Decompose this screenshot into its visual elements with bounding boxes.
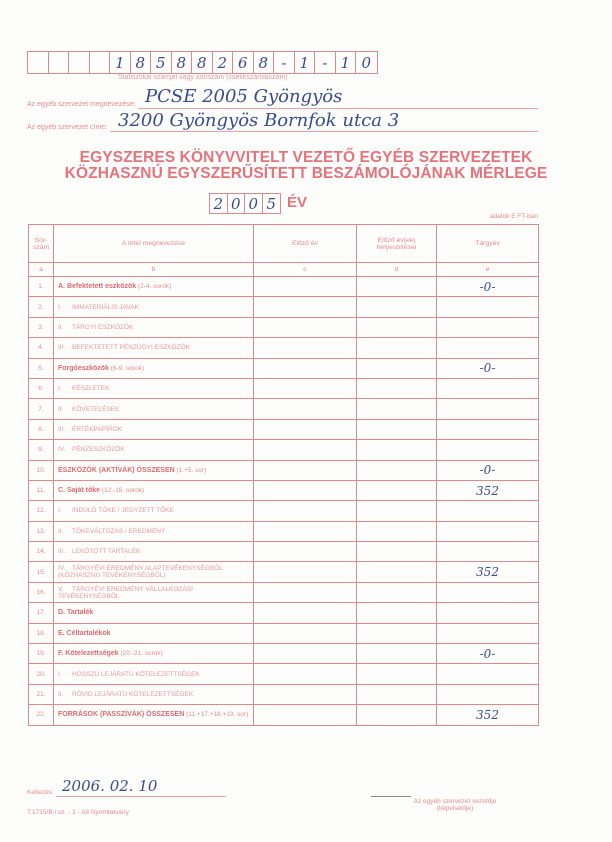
- table-row: 14.III.LEKÖTÖTT TARTALÉK: [29, 542, 539, 562]
- value-cell-d[interactable]: [357, 603, 437, 623]
- org-address-underline: [110, 131, 538, 132]
- row-prefix: V.: [58, 586, 72, 593]
- tax-id-digit[interactable]: 0: [356, 52, 377, 73]
- row-prefix: III.: [58, 426, 72, 433]
- row-label: II.TŐKEVÁLTOZÁS / EREDMÉNY: [54, 521, 254, 541]
- row-number: 7.: [29, 399, 54, 419]
- value-cell-e[interactable]: [437, 603, 539, 623]
- table-row: 2.I.IMMATERIÁLIS JAVAK: [29, 297, 539, 317]
- form-code: T.1715/B.r.sz. - 1 - A8 Nyomtatvány: [27, 809, 129, 816]
- row-label-text: KÖVETELÉSEK: [72, 406, 119, 413]
- row-label: F. Kötelezettségek (20.-21. sorok): [54, 644, 254, 664]
- row-prefix: I.: [58, 385, 72, 392]
- value-cell-e[interactable]: [437, 582, 539, 602]
- row-number: 20.: [29, 664, 54, 684]
- table-row: 6.I.KÉSZLETEK: [29, 378, 539, 398]
- value-cell-d[interactable]: [357, 644, 437, 664]
- row-number: 3.: [29, 317, 54, 337]
- row-label: E. Céltartalékok: [54, 623, 254, 643]
- value-cell-c[interactable]: [254, 440, 357, 460]
- header-prev-corrections: Előző év(ek) helyesbítései: [357, 225, 437, 263]
- value-cell-d[interactable]: [357, 480, 437, 500]
- value-cell-c[interactable]: [254, 399, 357, 419]
- value-cell-d[interactable]: [357, 338, 437, 358]
- value-cell-e[interactable]: [437, 338, 539, 358]
- table-row: 4.III.BEFEKTETETT PÉNZÜGYI ESZKÖZÖK: [29, 338, 539, 358]
- tax-id-digit[interactable]: [49, 52, 70, 73]
- tax-id-digit[interactable]: 5: [151, 52, 172, 73]
- table-row: 22.FORRÁSOK (PASSZÍVÁK) ÖSSZESEN (11.+17…: [29, 705, 539, 725]
- row-label: III.ÉRTÉKPAPÍROK: [54, 419, 254, 439]
- row-number: 6.: [29, 378, 54, 398]
- tax-id-digit[interactable]: [69, 52, 90, 73]
- tax-id-digit[interactable]: -: [315, 52, 336, 73]
- row-number: 2.: [29, 297, 54, 317]
- table-row: 19.F. Kötelezettségek (20.-21. sorok)-0-: [29, 644, 539, 664]
- header-row-no: Sor-szám: [29, 225, 54, 263]
- row-label-text: PÉNZESZKÖZÖK: [72, 446, 125, 453]
- signature-label-line2: (képviselője): [395, 805, 515, 812]
- org-name-label: Az egyéb szervezet megnevezése:: [27, 101, 136, 108]
- row-label-text: ÉRTÉKPAPÍROK: [72, 426, 122, 433]
- table-row: 20.I.HOSSZÚ LEJÁRATÚ KÖTELEZETTSÉGEK: [29, 664, 539, 684]
- value-cell-d[interactable]: [357, 684, 437, 704]
- value-cell-d[interactable]: [357, 521, 437, 541]
- value-cell-c[interactable]: [254, 358, 357, 378]
- table-header-row: Sor-szám A tétel megnevezése Előző év El…: [29, 225, 539, 263]
- value-cell-e[interactable]: -0-: [437, 358, 539, 378]
- row-prefix: I.: [58, 304, 72, 311]
- value-cell-d[interactable]: [357, 399, 437, 419]
- value-cell-e[interactable]: [437, 684, 539, 704]
- row-label: ESZKÖZÖK (AKTÍVÁK) ÖSSZESEN (1.+5. sor): [54, 460, 254, 480]
- row-number: 9.: [29, 440, 54, 460]
- value-cell-d[interactable]: [357, 440, 437, 460]
- value-cell-d[interactable]: [357, 705, 437, 725]
- row-number: 1.: [29, 277, 54, 297]
- value-cell-d[interactable]: [357, 582, 437, 602]
- date-field[interactable]: 2006. 02. 10: [62, 777, 157, 795]
- year-digit[interactable]: 0: [245, 194, 263, 213]
- row-number: 4.: [29, 338, 54, 358]
- row-label-text: INDULÓ TŐKE / JEGYZETT TŐKE: [72, 507, 174, 514]
- row-label: I.INDULÓ TŐKE / JEGYZETT TŐKE: [54, 501, 254, 521]
- row-prefix: II.: [58, 528, 72, 535]
- row-label: II.KÖVETELÉSEK: [54, 399, 254, 419]
- tax-id-digit[interactable]: [90, 52, 111, 73]
- row-number: 11.: [29, 480, 54, 500]
- row-label: II.TÁRGYI ESZKÖZÖK: [54, 317, 254, 337]
- table-row: 7.II.KÖVETELÉSEK: [29, 399, 539, 419]
- row-note: (6-9. sorok): [111, 365, 144, 372]
- row-label-text: TŐKEVÁLTOZÁS / EREDMÉNY: [72, 528, 165, 535]
- row-number: 13.: [29, 521, 54, 541]
- value-cell-c[interactable]: [254, 297, 357, 317]
- value-cell-c[interactable]: [254, 644, 357, 664]
- tax-id-boxes[interactable]: 18588268-1-10: [27, 51, 378, 74]
- value-cell-e[interactable]: 352: [437, 705, 539, 725]
- value-cell-d[interactable]: [357, 297, 437, 317]
- org-address-label: Az egyéb szervezet címe:: [27, 124, 107, 131]
- tax-id-digit[interactable]: 8: [192, 52, 213, 73]
- value-cell-e[interactable]: 352: [437, 562, 539, 582]
- row-number: 15.: [29, 562, 54, 582]
- row-label: I.HOSSZÚ LEJÁRATÚ KÖTELEZETTSÉGEK: [54, 664, 254, 684]
- org-name-underline: [138, 108, 538, 109]
- year-boxes[interactable]: 2005: [209, 193, 281, 214]
- table-row: 5.Forgóeszközök (6-9. sorok)-0-: [29, 358, 539, 378]
- row-label: I.IMMATERIÁLIS JAVAK: [54, 297, 254, 317]
- row-label-text: E. Céltartalékok: [58, 630, 111, 637]
- value-cell-d[interactable]: [357, 277, 437, 297]
- row-label-text: TÁRGYÉVI EREDMÉNY VÁLLALKOZÁSI TEVÉKENYS…: [58, 586, 193, 600]
- value-cell-c[interactable]: [254, 603, 357, 623]
- value-cell-e[interactable]: [437, 378, 539, 398]
- letter-e: e: [437, 263, 539, 277]
- row-note: (12.-16. sorok): [102, 487, 144, 494]
- header-item: A tétel megnevezése: [54, 225, 254, 263]
- tax-id-digit[interactable]: 6: [233, 52, 254, 73]
- tax-id-digit[interactable]: 8: [131, 52, 152, 73]
- table-row: 8.III.ÉRTÉKPAPÍROK: [29, 419, 539, 439]
- table-row: 13.II.TŐKEVÁLTOZÁS / EREDMÉNY: [29, 521, 539, 541]
- letter-a: a: [29, 263, 54, 277]
- row-label: I.KÉSZLETEK: [54, 378, 254, 398]
- row-label-text: F. Kötelezettségek: [58, 650, 119, 657]
- value-cell-e[interactable]: [437, 317, 539, 337]
- value-cell-c[interactable]: [254, 277, 357, 297]
- tax-id-digit[interactable]: 1: [110, 52, 131, 73]
- org-name-field[interactable]: PCSE 2005 Gyöngyös: [145, 86, 342, 107]
- value-cell-d[interactable]: [357, 378, 437, 398]
- value-cell-d[interactable]: [357, 664, 437, 684]
- row-label-text: KÉSZLETEK: [72, 385, 110, 392]
- value-cell-c[interactable]: [254, 664, 357, 684]
- row-label: III.LEKÖTÖTT TARTALÉK: [54, 542, 254, 562]
- date-underline: [56, 796, 226, 797]
- table-row: 21.II.RÖVID LEJÁRATÚ KÖTELEZETTSÉGEK: [29, 684, 539, 704]
- signature-line: [371, 796, 411, 797]
- form-title-line2: KÖZHASZNÚ EGYSZERŰSÍTETT BESZÁMOLÓJÁNAK …: [0, 166, 612, 182]
- tax-id-digit[interactable]: 1: [336, 52, 357, 73]
- row-number: 22.: [29, 705, 54, 725]
- year-digit[interactable]: 2: [210, 194, 228, 213]
- row-label: Forgóeszközök (6-9. sorok): [54, 358, 254, 378]
- value-cell-d[interactable]: [357, 317, 437, 337]
- value-cell-c[interactable]: [254, 419, 357, 439]
- row-note: (2-4. sorok): [138, 283, 171, 290]
- date-label: Keltezés:: [27, 789, 54, 796]
- value-cell-e[interactable]: 352: [437, 480, 539, 500]
- letter-c: c: [254, 263, 357, 277]
- header-prev-year: Előző év: [254, 225, 357, 263]
- row-number: 12.: [29, 501, 54, 521]
- value-cell-d[interactable]: [357, 460, 437, 480]
- row-label-text: A. Befektetett eszközök: [58, 283, 136, 290]
- tax-id-caption: Statisztikai számjel vagy adószám (csekk…: [118, 74, 288, 81]
- value-cell-c[interactable]: [254, 562, 357, 582]
- value-cell-c[interactable]: [254, 501, 357, 521]
- row-prefix: I.: [58, 671, 72, 678]
- table-row: 15.IV.TÁRGYÉVI EREDMÉNY ALAPTEVÉKENYSÉGB…: [29, 562, 539, 582]
- row-number: 17.: [29, 603, 54, 623]
- value-cell-c[interactable]: [254, 542, 357, 562]
- row-label: C. Saját tőke (12.-16. sorok): [54, 480, 254, 500]
- table-row: 16.V.TÁRGYÉVI EREDMÉNY VÁLLALKOZÁSI TEVÉ…: [29, 582, 539, 602]
- tax-id-digit[interactable]: 8: [172, 52, 193, 73]
- value-cell-c[interactable]: [254, 338, 357, 358]
- value-cell-e[interactable]: [437, 440, 539, 460]
- row-number: 18.: [29, 623, 54, 643]
- value-cell-e[interactable]: -0-: [437, 277, 539, 297]
- value-cell-e[interactable]: -0-: [437, 460, 539, 480]
- row-label: II.RÖVID LEJÁRATÚ KÖTELEZETTSÉGEK: [54, 684, 254, 704]
- tax-id-digit[interactable]: 1: [295, 52, 316, 73]
- table-row: 10.ESZKÖZÖK (AKTÍVÁK) ÖSSZESEN (1.+5. so…: [29, 460, 539, 480]
- row-label: IV.PÉNZESZKÖZÖK: [54, 440, 254, 460]
- row-label-text: HOSSZÚ LEJÁRATÚ KÖTELEZETTSÉGEK: [72, 671, 200, 678]
- row-label-text: Forgóeszközök: [58, 365, 109, 372]
- row-prefix: III.: [58, 344, 72, 351]
- row-label-text: C. Saját tőke: [58, 487, 100, 494]
- units-note: adatok E FT-ban: [490, 213, 538, 220]
- letter-b: b: [54, 263, 254, 277]
- year-suffix: ÉV: [287, 194, 307, 211]
- value-cell-c[interactable]: [254, 480, 357, 500]
- row-prefix: IV.: [58, 446, 72, 453]
- row-label-text: RÖVID LEJÁRATÚ KÖTELEZETTSÉGEK: [72, 691, 193, 698]
- table-row: 1.A. Befektetett eszközök (2-4. sorok)-0…: [29, 277, 539, 297]
- value-cell-d[interactable]: [357, 358, 437, 378]
- row-label-text: LEKÖTÖTT TARTALÉK: [72, 548, 140, 555]
- value-cell-d[interactable]: [357, 623, 437, 643]
- row-number: 10.: [29, 460, 54, 480]
- value-cell-c[interactable]: [254, 521, 357, 541]
- tax-id-digit[interactable]: [28, 52, 49, 73]
- row-prefix: III.: [58, 548, 72, 555]
- row-label: A. Befektetett eszközök (2-4. sorok): [54, 277, 254, 297]
- row-label: III.BEFEKTETETT PÉNZÜGYI ESZKÖZÖK: [54, 338, 254, 358]
- table-row: 12.I.INDULÓ TŐKE / JEGYZETT TŐKE: [29, 501, 539, 521]
- row-prefix: II.: [58, 324, 72, 331]
- value-cell-d[interactable]: [357, 419, 437, 439]
- balance-sheet-table: Sor-szám A tétel megnevezése Előző év El…: [28, 224, 539, 726]
- row-prefix: I.: [58, 507, 72, 514]
- row-label: FORRÁSOK (PASSZÍVÁK) ÖSSZESEN (11.+17.+1…: [54, 705, 254, 725]
- row-label: D. Tartalék: [54, 603, 254, 623]
- row-label-text: BEFEKTETETT PÉNZÜGYI ESZKÖZÖK: [72, 344, 190, 351]
- value-cell-e[interactable]: [437, 664, 539, 684]
- value-cell-c[interactable]: [254, 460, 357, 480]
- table-row: 9.IV.PÉNZESZKÖZÖK: [29, 440, 539, 460]
- table-letter-row: a b c d e: [29, 263, 539, 277]
- row-number: 19.: [29, 644, 54, 664]
- value-cell-e[interactable]: [437, 542, 539, 562]
- year-digit[interactable]: 0: [228, 194, 246, 213]
- value-cell-e[interactable]: [437, 297, 539, 317]
- row-number: 16.: [29, 582, 54, 602]
- value-cell-c[interactable]: [254, 378, 357, 398]
- row-label-text: IMMATERIÁLIS JAVAK: [72, 304, 139, 311]
- value-cell-e[interactable]: [437, 419, 539, 439]
- row-note: (20.-21. sorok): [121, 650, 163, 657]
- value-cell-c[interactable]: [254, 582, 357, 602]
- row-label-text: D. Tartalék: [58, 609, 93, 616]
- row-label-text: TÁRGYÉVI EREDMÉNY ALAPTEVÉKENYSÉGBŐL (KÖ…: [58, 565, 223, 579]
- value-cell-e[interactable]: [437, 623, 539, 643]
- row-number: 21.: [29, 684, 54, 704]
- value-cell-d[interactable]: [357, 562, 437, 582]
- signature-label-line1: Az egyéb szervezet vezetője: [395, 798, 515, 805]
- row-label-text: TÁRGYI ESZKÖZÖK: [72, 324, 133, 331]
- row-note: (1.+5. sor): [177, 467, 207, 474]
- letter-d: d: [357, 263, 437, 277]
- value-cell-e[interactable]: -0-: [437, 644, 539, 664]
- row-number: 8.: [29, 419, 54, 439]
- row-number: 5.: [29, 358, 54, 378]
- year-digit[interactable]: 5: [263, 194, 281, 213]
- tax-id-digit[interactable]: 8: [254, 52, 275, 73]
- value-cell-d[interactable]: [357, 542, 437, 562]
- value-cell-e[interactable]: [437, 521, 539, 541]
- org-address-field[interactable]: 3200 Gyöngyös Bornfok utca 3: [118, 110, 399, 131]
- form-title-line1: EGYSZERES KÖNYVVITELT VEZETŐ EGYÉB SZERV…: [0, 150, 612, 166]
- value-cell-c[interactable]: [254, 684, 357, 704]
- table-row: 18.E. Céltartalékok: [29, 623, 539, 643]
- value-cell-e[interactable]: [437, 501, 539, 521]
- row-label-text: FORRÁSOK (PASSZÍVÁK) ÖSSZESEN: [58, 711, 184, 718]
- row-label: V.TÁRGYÉVI EREDMÉNY VÁLLALKOZÁSI TEVÉKEN…: [54, 582, 254, 602]
- row-prefix: II.: [58, 691, 72, 698]
- signature-label: Az egyéb szervezet vezetője (képviselője…: [395, 798, 515, 812]
- row-label-text: ESZKÖZÖK (AKTÍVÁK) ÖSSZESEN: [58, 467, 175, 474]
- tax-id-digit[interactable]: -: [274, 52, 295, 73]
- row-number: 14.: [29, 542, 54, 562]
- row-note: (11.+17.+18.+19. sor): [186, 711, 248, 718]
- row-prefix: II.: [58, 406, 72, 413]
- value-cell-c[interactable]: [254, 623, 357, 643]
- value-cell-c[interactable]: [254, 317, 357, 337]
- tax-id-digit[interactable]: 2: [213, 52, 234, 73]
- table-row: 17.D. Tartalék: [29, 603, 539, 623]
- table-row: 3.II.TÁRGYI ESZKÖZÖK: [29, 317, 539, 337]
- table-row: 11.C. Saját tőke (12.-16. sorok)352: [29, 480, 539, 500]
- header-current-year: Tárgyév: [437, 225, 539, 263]
- row-label: IV.TÁRGYÉVI EREDMÉNY ALAPTEVÉKENYSÉGBŐL …: [54, 562, 254, 582]
- value-cell-e[interactable]: [437, 399, 539, 419]
- value-cell-d[interactable]: [357, 501, 437, 521]
- value-cell-c[interactable]: [254, 705, 357, 725]
